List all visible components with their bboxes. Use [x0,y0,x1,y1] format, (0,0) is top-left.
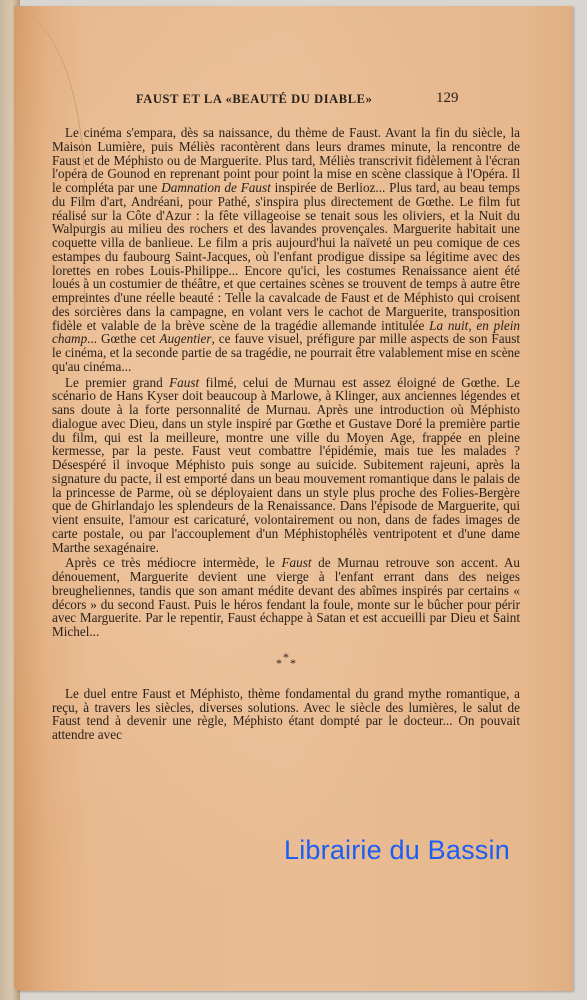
text-segment: ... Gœthe cet [87,331,159,346]
section-separator-asterism: * * * [52,641,520,687]
asterisk: * [290,657,296,671]
paragraph-4: Le duel entre Faust et Méphisto, thème f… [52,687,520,742]
italic-title: Faust [282,555,312,570]
page-number: 129 [436,90,459,107]
asterisk: * [283,651,289,665]
watermark: Librairie du Bassin [284,835,510,866]
paragraph-1: Le cinéma s'empara, dès sa naissance, du… [52,126,520,374]
asterisk: * [276,657,282,671]
text-segment: Après ce très médiocre intermède, le [65,555,282,570]
text-segment: inspirée de Berlioz... Plus tard, au bea… [52,180,520,333]
italic-title: Faust [169,375,199,390]
body-text: Le cinéma s'empara, dès sa naissance, du… [52,126,520,744]
paragraph-3: Après ce très médiocre intermède, le Fau… [52,556,520,639]
text-segment: Le duel entre Faust et Méphisto, thème f… [52,686,520,742]
text-segment: filmé, celui de Murnau est assez éloigné… [52,375,520,555]
italic-title: Damnation de Faust [161,180,271,195]
text-segment: Le premier grand [65,375,169,390]
italic-term: Augentier [160,331,212,346]
paragraph-2: Le premier grand Faust filmé, celui de M… [52,376,520,555]
